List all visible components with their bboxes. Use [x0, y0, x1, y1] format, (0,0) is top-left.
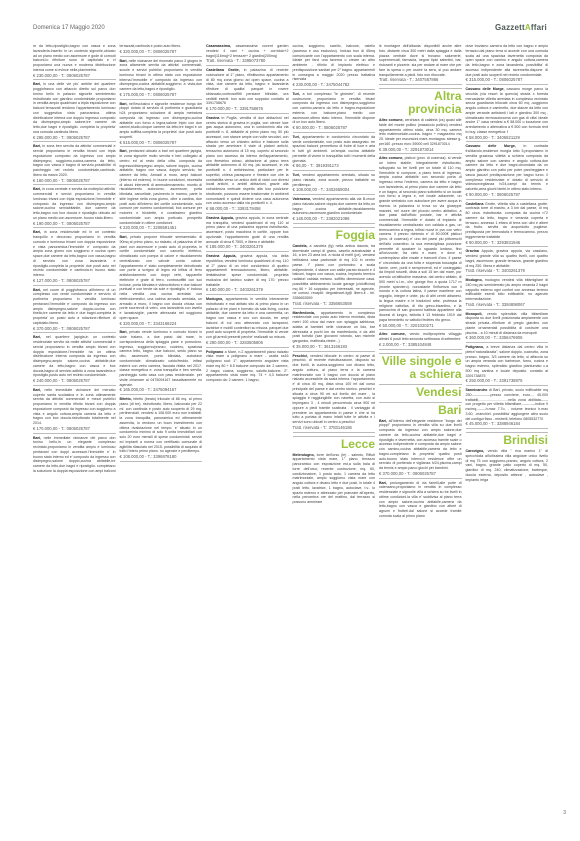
- ad-price-contact: € 2.000,00 - T.: 3385104848: [379, 342, 462, 350]
- ad-description: appartamento in vendita interamente rist…: [206, 297, 289, 339]
- classified-ad: Manfredonia, appartamento in complesso r…: [293, 311, 376, 344]
- ad-price-contact: Tratt. riservata - T.: 3356653559: [293, 301, 376, 309]
- ad-price-contact: € 320.000,00 - T.: 0806025787: [120, 49, 203, 57]
- ad-column-3: Casamassima, casamassima covent garden v…: [206, 44, 289, 383]
- classified-ad: Bari, in zona residenziale ed in un cont…: [33, 230, 116, 278]
- classified-ad: dove troviamo camera da letto con bagno …: [466, 44, 549, 77]
- classified-ad: Bari, nelle immediate vicinanze del parc…: [33, 436, 116, 474]
- ad-column-5: le montagne dell'albania. disponibili an…: [379, 44, 462, 519]
- ad-description: dove troviamo camera da letto con bagno …: [466, 44, 549, 77]
- ad-location: Gravina Appula,: [206, 216, 234, 220]
- ad-description: nell'esclusivo e signorile residence bor…: [120, 102, 203, 139]
- classified-ad: Bari, privato propone trilocale semiarre…: [120, 235, 203, 321]
- ad-description: Grotte, villetta sita a castellana grott…: [466, 202, 549, 239]
- ad-description: terrazzati,cantinola e posto auto libero…: [120, 44, 182, 48]
- ad-description: a Mare, n.2 appartamenti piano rialzato …: [206, 350, 289, 383]
- ad-description: cassano murge parco la vecchia (via reso…: [466, 87, 549, 134]
- ad-location: Melendugno,: [293, 453, 315, 457]
- ad-location: Cassano delle Murge,: [466, 87, 505, 91]
- classified-ad: Putignano, a breve distanza dal centro v…: [466, 345, 549, 378]
- ad-location: Peschici,: [293, 354, 309, 358]
- ad-price-contact: € 280.000,00 - T.: 3283505806: [206, 340, 289, 348]
- ad-price-contact: € 80.000,00 - T.: 0806025787: [293, 125, 376, 133]
- ad-description: pentavani ubicato a bari nel quartiere j…: [120, 149, 203, 224]
- ad-price-contact: € 230.000,00 - T.: 3475044782: [293, 82, 376, 90]
- section-heading-altra-provincia: Altra provincia: [379, 88, 462, 116]
- ad-description: nelle immediate vicinanze del parco don …: [33, 436, 116, 473]
- ad-price-contact: € 35.000,00 - T.: 3613166183: [293, 344, 376, 352]
- ad-description: gravina appula, in zona centrale ma tran…: [206, 216, 289, 244]
- ad-location: Bitetto,: [120, 397, 132, 401]
- ad-description: in palazzina di recente costruzione al 1…: [206, 68, 289, 105]
- classified-ad: Bari, nel cuore di poggiofranco all'inte…: [33, 288, 116, 326]
- classified-ad: Modugno, appartamento in vendita interam…: [206, 297, 289, 340]
- classified-ad: Turi, a turi complesso "le ginestre", di…: [293, 92, 376, 125]
- ad-description: appartamento in condominio circondato da…: [293, 135, 376, 163]
- ad-column-1: re da letto,ripostiglio,bagno con vasca …: [33, 44, 116, 474]
- ad-location: Bari,: [120, 59, 128, 63]
- ad-location: Manfredonia,: [293, 311, 315, 315]
- ad-price-contact: € 175.000,00 - T.: 0806025787: [120, 92, 203, 100]
- ad-price-contact: € 230.000,00 - T.: 0806025787: [33, 73, 116, 81]
- brand-logo: GazzettAffari: [495, 23, 547, 32]
- ad-location: Altro comune,: [379, 332, 406, 336]
- section-heading-lecce: Lecce: [293, 436, 376, 451]
- ad-description: privato propone trilocale semiarredato d…: [120, 235, 203, 320]
- ad-description: re da letto,ripostiglio,bagno con vasca …: [33, 44, 116, 72]
- ad-price-contact: € 515.000,00 - T.: 0806025787: [120, 140, 203, 148]
- classified-ad: le montagne dell'albania. disponibili an…: [379, 44, 462, 77]
- classified-ad: Altro comune, cerchiara di calabria (cs)…: [379, 118, 462, 147]
- ad-description: gravina appula, via della repubblica, ve…: [206, 254, 289, 287]
- ad-location: Candela,: [293, 244, 308, 248]
- ad-price-contact: € 58.000,00 - T.: 3405821129: [466, 135, 549, 143]
- ad-price-contact: € 148.000,00 - T.: 3382021096: [293, 216, 376, 224]
- ad-description: in zona residenziale ed in un contesto t…: [33, 230, 116, 277]
- classified-ad: Bari, pentavani ubicato a bari nel quart…: [120, 149, 203, 225]
- classified-ad: Bari, nel quartiere japigia,in un contes…: [33, 335, 116, 378]
- classified-ad: Peschici, vendesi bilocale in centro al …: [293, 354, 376, 425]
- ad-price-contact: Tratt. riservata - T.: 3395073780: [206, 58, 289, 66]
- ad-price-contact: € 127.000,00 - T.: 0806025787: [33, 278, 116, 286]
- ad-price-contact: € 39.000,00 - T.: 3291873014: [379, 147, 462, 155]
- ad-description: nelle immediate vicinanze del mercato co…: [33, 388, 116, 425]
- ad-price-contact: € 315.000,00 - T.: 0806025787: [466, 77, 549, 85]
- ad-price-contact: € 295.000,00 - T.: 0806025787: [33, 135, 116, 143]
- ad-location: Altro comune,: [379, 156, 403, 160]
- ad-description: vendo villa " riva marino 1" di specchio…: [466, 449, 549, 482]
- ad-column-4: cucina, soggiorno, sarello, balcone, ost…: [293, 44, 376, 505]
- classified-ad: Polignano a Mare, n.2 appartamenti piano…: [206, 350, 289, 383]
- ad-price-contact: € 86,00 - T.: 3919391173: [293, 163, 376, 171]
- section-heading-vendesi: Vendesi: [379, 384, 462, 399]
- classified-ad: Bari, nelle immediate vicinanze del merc…: [33, 388, 116, 426]
- page-number: 3: [563, 810, 566, 816]
- ad-price-contact: € 185.000,00 - T.: 3403261379: [206, 244, 289, 252]
- section-heading-brindisi: Brindisi: [466, 432, 549, 447]
- ad-location: Altro comune,: [379, 118, 403, 122]
- classified-ad: Bitetto, bitetto (beato) trilocale di 86…: [120, 397, 203, 454]
- ad-price-contact: Tratt. riservata - T.: 3384898067: [466, 302, 549, 310]
- ad-price-contact: € 108.000,00 - T.: 3396878180: [120, 454, 203, 462]
- ad-price-contact: € 165.000,00 - T.: 3475094167: [120, 387, 203, 395]
- issue-date: Domenica 17 Maggio 2020: [33, 25, 105, 31]
- ad-price-contact: € 170.000,00 - T.: 0806025787: [33, 426, 116, 434]
- ad-location: Modugno,: [206, 297, 223, 301]
- ad-location: Sannicandro: [466, 388, 488, 392]
- ad-price-contact: € 45.000,00 - T.: 3388946184: [466, 421, 549, 429]
- section-heading-ville: Ville singole e a schiera: [379, 353, 462, 381]
- ad-description: cucina, soggiorno, sarello, balcone, ost…: [293, 44, 376, 81]
- ad-price-contact: € 190.000,00 - T.: 0806025787: [33, 221, 116, 229]
- ad-description: nel quartiere japigia,in un contesto res…: [33, 335, 116, 377]
- classified-ad: Cassano delle Murge, in contrada fra'dia…: [466, 144, 549, 192]
- ad-location: Polignano: [206, 350, 223, 354]
- classified-ad: Bari, in una delle vie piu' ambite del q…: [33, 82, 116, 134]
- ad-location: Turi,: [293, 92, 301, 96]
- ad-description: pisticci (prov. di cosenza)- si vende un…: [379, 156, 462, 322]
- section-heading-bari: Bari: [379, 402, 462, 417]
- ad-location: Turi,: [293, 135, 301, 139]
- classified-ad: Turi, appartamento in condominio circond…: [293, 135, 376, 164]
- ad-price-contact: € 360.000,00 - T.: 3356476906: [466, 335, 549, 343]
- classified-ad: Bari, nell'esclusivo e signorile residen…: [120, 102, 203, 140]
- ad-location: Bari,: [379, 481, 387, 485]
- classified-ad: Casamassima, casamassima covent garden v…: [206, 44, 289, 58]
- ad-description: in zona centrale e servita da molteplici…: [33, 187, 116, 220]
- ad-price-contact: € 220.000,00 - T.: 3208591451: [120, 225, 203, 233]
- ad-price-contact: € 370.000,00 - T.: 0806025787: [33, 326, 116, 334]
- classified-ad: Gravina Appula, gravina appula, via cass…: [466, 249, 549, 268]
- ad-price-contact: € 108.000,00 - T.: 3402659004: [293, 187, 376, 195]
- ad-description: in Puglia, vendita di due abitazioni nel…: [206, 116, 289, 206]
- ad-location: Gravina: [466, 249, 479, 253]
- ad-description: in contrada fra'diavolo,residence murgia…: [466, 144, 549, 191]
- ad-location: Bari,: [33, 144, 41, 148]
- ad-description: cerchiara di calabria (cs) quasi alle fa…: [379, 118, 462, 146]
- ad-description: in una delle vie piu' ambite del quartie…: [33, 82, 116, 134]
- ad-price-contact: € 170.000,00 - T.: 3391758676: [206, 106, 289, 114]
- ad-location: Castellana: [466, 202, 484, 206]
- ad-location: Cassano delle Murge,: [466, 144, 516, 148]
- logo-text-2: ffari: [531, 23, 547, 32]
- classified-ad: Bari, prolungamento di via fanelli,alle …: [379, 481, 462, 519]
- classified-ad: Modugno, modugno vendesi villa bifamigli…: [466, 278, 549, 302]
- ad-price-contact: € 240.000,00 - T.: 0806025787: [33, 378, 116, 386]
- ad-location: Bari,: [120, 330, 128, 334]
- classified-ad: Valenzano, vendesi appartamento alla via…: [293, 197, 376, 216]
- ad-description: nelle vicinanze del rinomato parco 2 giu…: [120, 59, 203, 92]
- ad-description: torre dell'orso (le) - salento, Rifiuti …: [293, 453, 376, 505]
- ad-description: a turi complesso "le ginestre", di recen…: [293, 92, 376, 125]
- ad-location: Gravina Appula,: [206, 254, 236, 258]
- ad-price-contact: Tratt. riservata - T.: 3407567866: [379, 77, 462, 85]
- classified-ad: Castellana Grotte, villetta sita a caste…: [466, 202, 549, 240]
- ad-description: bitetto (beato) trilocale di 86 mq. al p…: [120, 397, 203, 453]
- classified-ad: Bari, in zona ben servita da attivita' c…: [33, 144, 116, 177]
- ad-description: in zona ben servita da attivita' commerc…: [33, 144, 116, 177]
- ad-price-contact: € 320.000,00 - T.: 3343168224: [120, 321, 203, 329]
- ad-description: privato vende luminoso e comodo bivani i…: [120, 330, 203, 386]
- classified-ad: Bari, in zona centrale e servita da molt…: [33, 187, 116, 220]
- ad-price-contact: € 370.000,00 - T.: 0806025787: [379, 471, 462, 479]
- ad-description: a candela (fg) nella antica daunia, tra …: [293, 244, 376, 300]
- classified-ad: Melendugno, torre dell'orso (le) - salen…: [293, 453, 376, 505]
- ad-description: vendesi bilocale in centro al paese di p…: [293, 354, 376, 425]
- classified-ad: Turi, vendesi appartamento arredato, sit…: [293, 173, 376, 187]
- classified-ad: Monopoli, vendo splendida villa bifamili…: [466, 312, 549, 336]
- classified-ad: Gravina in Puglia, vendita di due abitaz…: [206, 116, 289, 206]
- ad-location: Monopoli,: [466, 312, 483, 316]
- ad-price-contact: Tratt. riservata - T.: 3403261379: [466, 268, 549, 276]
- classified-ad: Gravina Appula, gravina appula, in zona …: [206, 216, 289, 245]
- ad-location: Bari,: [33, 230, 41, 234]
- classified-ad: Bari, nelle vicinanze del rinomato parco…: [120, 59, 203, 92]
- ad-price-contact: € 98.000,00 - T.: 3393179458: [206, 206, 289, 214]
- ad-location: Castellana Grotte,: [206, 68, 240, 72]
- ad-location: Bari,: [33, 82, 41, 86]
- ad-description: nel cuore di poggiofranco all'interno di…: [33, 288, 116, 325]
- classified-ad: Carovigno, vendo villa " riva marino 1" …: [466, 449, 549, 482]
- page-header: Domenica 17 Maggio 2020 GazzettAffari: [0, 22, 580, 36]
- ad-location: Casamassima,: [206, 44, 231, 48]
- ad-location: Bari,: [120, 102, 128, 106]
- ad-description: prolungamento di via fanelli,alle porte …: [379, 481, 462, 518]
- ad-description: vendesi appartamento arredato, situato s…: [293, 173, 376, 187]
- ad-description: a breve distanza dal centro villa in pie…: [466, 345, 549, 378]
- ad-location: Turi,: [293, 173, 301, 177]
- ad-location: Carovigno,: [466, 449, 485, 453]
- classified-ad: cucina, soggiorno, sarello, balcone, ost…: [293, 44, 376, 82]
- ad-location: Bari,: [33, 288, 41, 292]
- logo-text-1: Gazzett: [495, 23, 525, 32]
- ad-price-contact: € 180.000,00 - T.: 3403261379: [206, 287, 289, 295]
- ad-location: Putignano,: [466, 345, 485, 349]
- ad-price-contact: € 250.000,00 - T.: 3391738875: [466, 378, 549, 386]
- ad-location: Modugno,: [466, 278, 483, 282]
- ad-description: all'interno dell'elegante residence "bor…: [379, 419, 462, 471]
- section-heading-foggia: Foggia: [293, 227, 376, 242]
- ad-column-2: terrazzati,cantinola e posto auto libero…: [120, 44, 203, 464]
- ad-description: di Bari, privato, suolo edificabile mq 2…: [466, 388, 549, 421]
- ad-price-contact: € 160.000,00 - T.: 0806025787: [33, 178, 116, 186]
- ad-location: Bari,: [120, 235, 128, 239]
- ad-location: Gravina: [206, 116, 219, 120]
- classified-ad: Candela, a candela (fg) nella antica dau…: [293, 244, 376, 301]
- ad-location: Bari,: [33, 187, 41, 191]
- classified-ad: Sannicandro di Bari, privato, suolo edif…: [466, 388, 549, 421]
- ad-location: Bari,: [379, 419, 387, 423]
- ad-location: Valenzano,: [293, 197, 312, 201]
- ad-column-6: dove troviamo camera da letto con bagno …: [466, 44, 549, 482]
- ad-location: Bari,: [33, 335, 41, 339]
- classified-ad: Cassano delle Murge, cassano murge parco…: [466, 87, 549, 135]
- ad-location: Bari,: [33, 436, 41, 440]
- classified-ad: Gravina Appula, gravina appula, via dell…: [206, 254, 289, 287]
- classified-ad: Bari, all'interno dell'elegante residenc…: [379, 419, 462, 471]
- ad-location: Bari,: [120, 149, 128, 153]
- classified-ad: Altro comune, pisticci (prov. di cosenza…: [379, 156, 462, 322]
- classified-ad: Bari, privato vende luminoso e comodo bi…: [120, 330, 203, 387]
- ad-price-contact: Tratt. riservata - T.: 3783146186: [293, 425, 376, 433]
- classified-ad: Castellana Grotte, in palazzina di recen…: [206, 68, 289, 106]
- ad-description: le montagne dell'albania. disponibili an…: [379, 44, 462, 77]
- ad-description: appartamento in complesso residenziale c…: [293, 311, 376, 344]
- ad-price-contact: € 50.000,00 - T.: 3201020271: [379, 323, 462, 331]
- classified-ad: Altro comune, vendo multiproprieta villa…: [379, 332, 462, 342]
- ad-price-contact: € 90.000,00 - T.: 3293831946: [466, 240, 549, 248]
- classified-ad: re da letto,ripostiglio,bagno con vasca …: [33, 44, 116, 73]
- ad-location: Bari,: [33, 388, 41, 392]
- ad-price-contact: € 90.000,00 - T.: 0806025787: [466, 192, 549, 200]
